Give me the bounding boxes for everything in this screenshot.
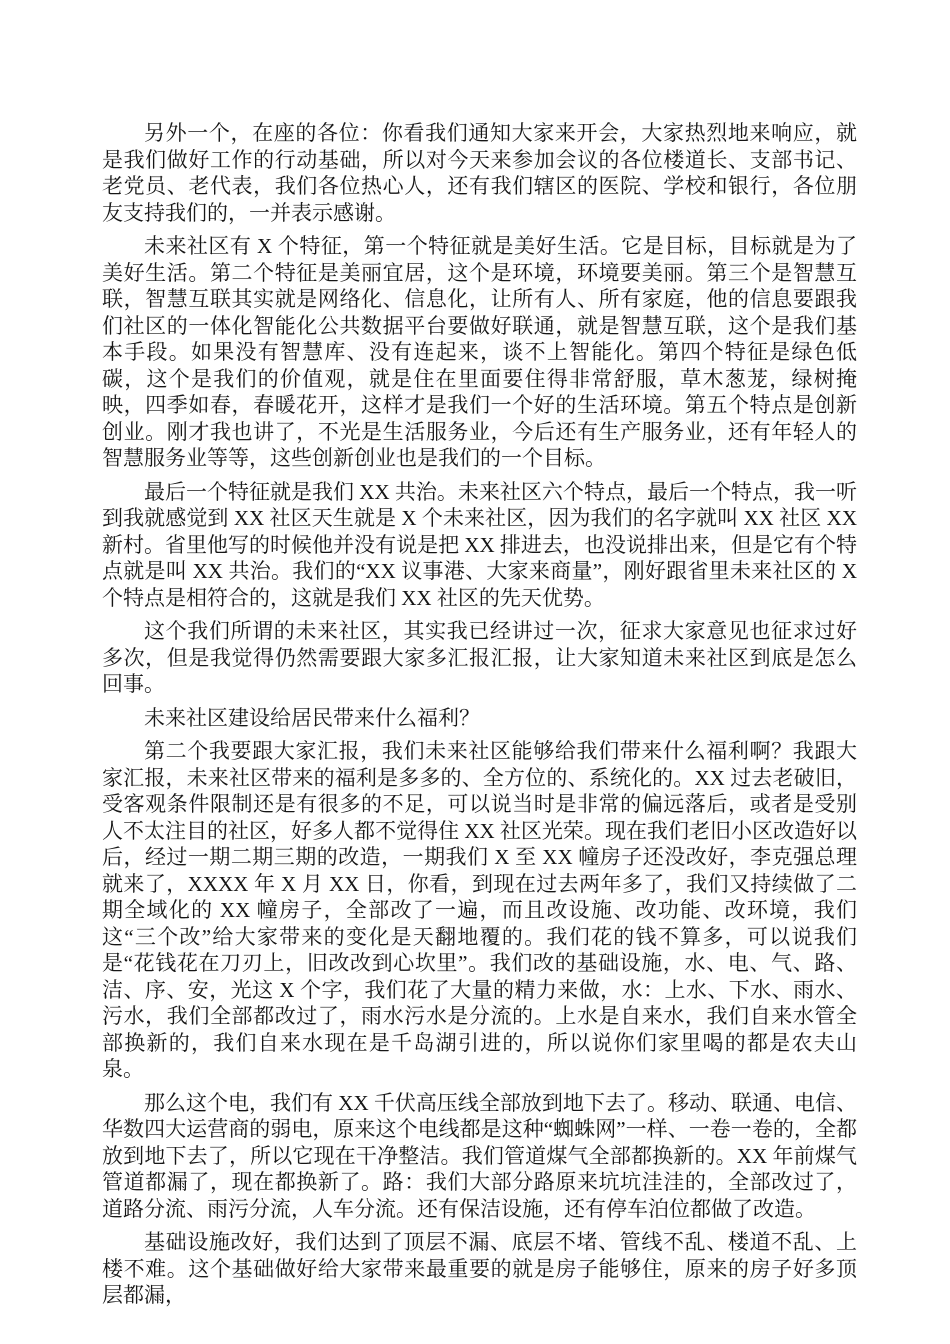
- paragraph-electricity-roads: 那么这个电，我们有 XX 千伏高压线全部放到地下去了。移动、联通、电信、华数四大…: [102, 1090, 857, 1223]
- paragraph-infrastructure-result: 基础设施改好，我们达到了顶层不漏、底层不堵、管线不乱、楼道不乱、上楼不难。这个基…: [102, 1229, 857, 1309]
- paragraph-question-heading: 未来社区建设给居民带来什么福利？: [102, 705, 857, 732]
- document-page: 另外一个，在座的各位：你看我们通知大家来开会，大家热烈地来响应，就是我们做好工作…: [0, 0, 950, 1344]
- paragraph-thanks: 另外一个，在座的各位：你看我们通知大家来开会，大家热烈地来响应，就是我们做好工作…: [102, 120, 857, 226]
- paragraph-last-feature: 最后一个特征就是我们 XX 共治。未来社区六个特点，最后一个特点，我一听到我就感…: [102, 479, 857, 612]
- paragraph-benefits: 第二个我要跟大家汇报，我们未来社区能够给我们带来什么福利啊？我跟大家汇报，未来社…: [102, 738, 857, 1083]
- paragraph-report-again: 这个我们所谓的未来社区，其实我已经讲过一次，征求大家意见也征求过好多次，但是我觉…: [102, 618, 857, 698]
- paragraph-features: 未来社区有 X 个特征，第一个特征就是美好生活。它是目标，目标就是为了美好生活。…: [102, 233, 857, 472]
